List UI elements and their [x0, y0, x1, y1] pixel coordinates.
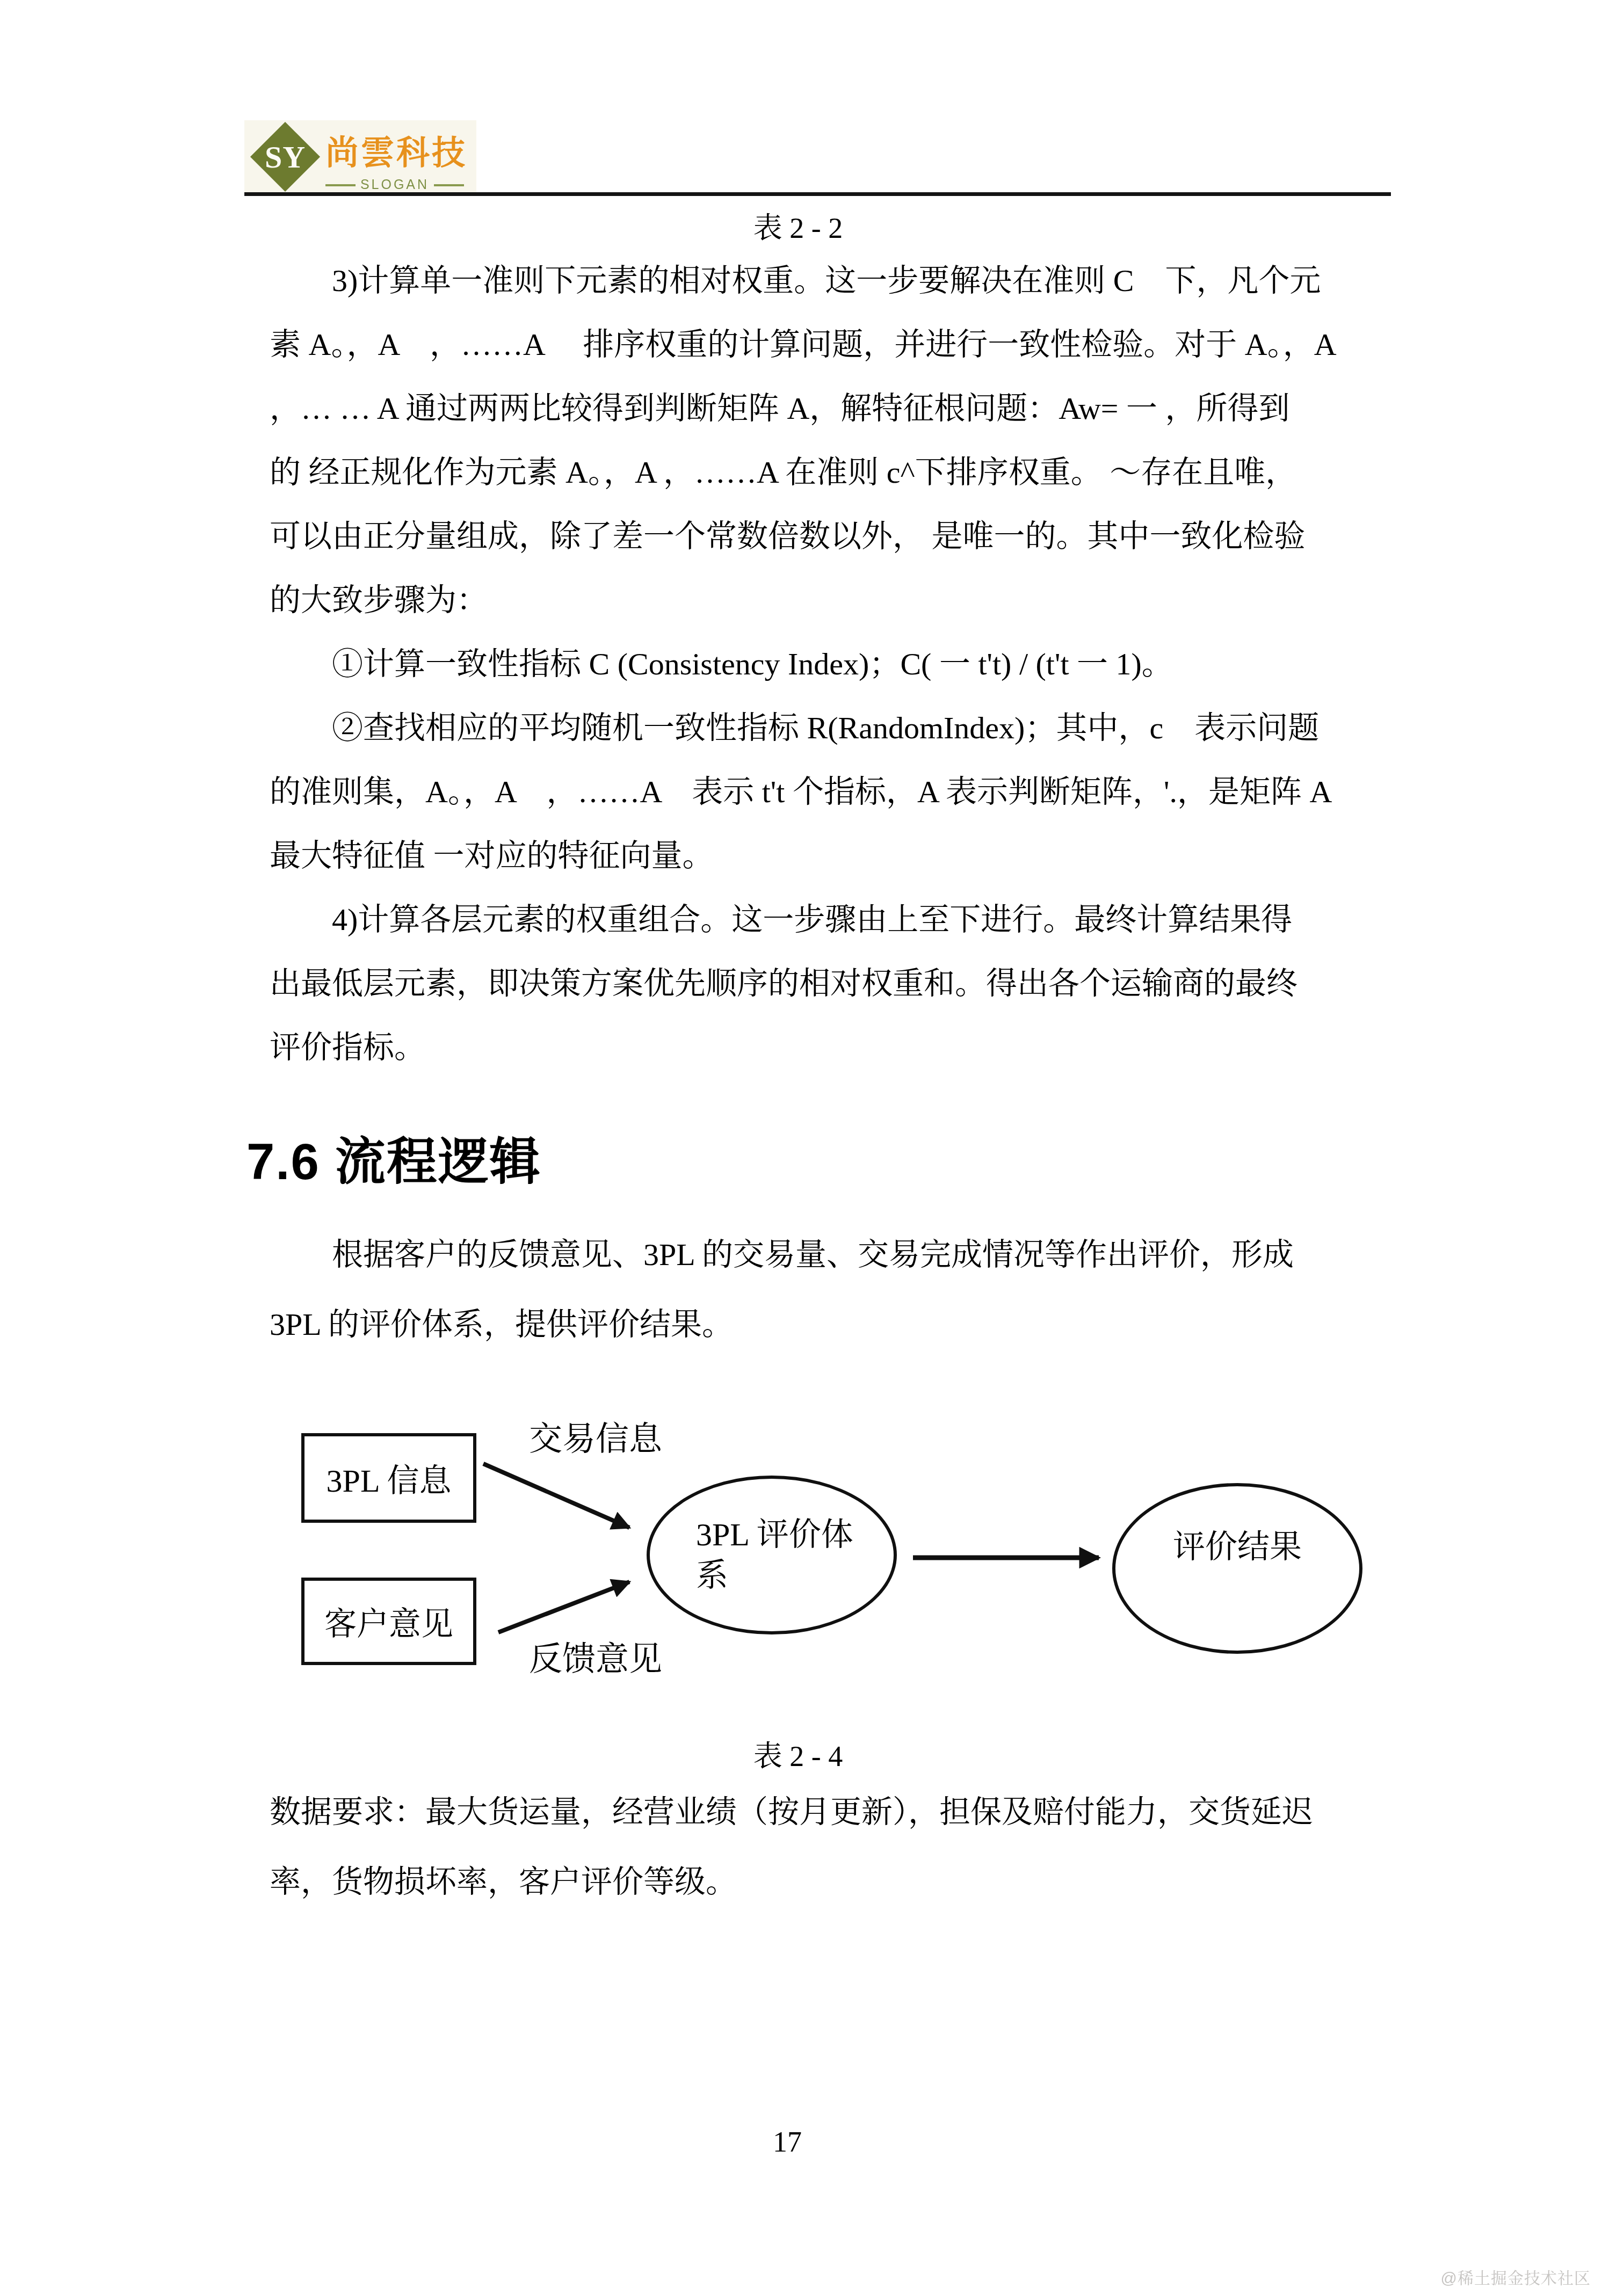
diagram-label-transaction-info: 交易信息: [529, 1421, 662, 1458]
body-text-block: 3)计算单一准则下元素的相对权重。这一步要解决在准则 C 下，凡个元素 A。，A…: [270, 249, 1451, 1079]
logo-slogan-row: SLOGAN: [325, 177, 464, 193]
diagram-box-customer-opinion: 客户意见: [301, 1578, 476, 1665]
text-line: 3PL 的评价体系，提供评价结果。: [270, 1290, 1451, 1360]
text-line: 出最低层元素，即决策方案优先顺序的相对权重和。得出各个运输商的最终: [270, 951, 1451, 1015]
header-divider-line: [244, 192, 1391, 196]
logo-brand-text: 尚雲科技: [325, 131, 467, 176]
diagram-box-customer-opinion-label: 客户意见: [324, 1599, 453, 1645]
slogan-left-dash: [325, 184, 356, 186]
paragraph-item2: ②查找相应的平均随机一致性指标 R(RandomIndex)；其中，c 表示问题…: [270, 696, 1451, 888]
page-number: 17: [744, 2125, 830, 2159]
text-line: 素 A。，A ，……A 排序权重的计算问题，并进行一致性检验。对于 A。，A: [270, 313, 1451, 376]
text-line: 评价指标。: [270, 1015, 1451, 1079]
diagram-box-3pl-info: 3PL 信息: [301, 1433, 476, 1523]
text-line: ①计算一致性指标 C (Consistency Index)；C( 一 t't)…: [270, 632, 1451, 696]
diagram-ellipse-evaluation-result: 评价结果: [1112, 1483, 1362, 1654]
text-line: ②查找相应的平均随机一致性指标 R(RandomIndex)；其中，c 表示问题: [270, 696, 1451, 760]
text-line: ，… … A 通过两两比较得到判断矩阵 A，解特征根问题：Aw= 一 ，所得到: [270, 376, 1451, 440]
text-line: 4)计算各层元素的权重组合。这一步骤由上至下进行。最终计算结果得: [270, 888, 1451, 951]
text-line: 的准则集，A。，A ，……A 表示 t't 个指标，A 表示判断矩阵，'.，是矩…: [270, 760, 1451, 824]
text-line: 数据要求：最大货运量，经营业绩（按月更新），担保及赔付能力，交货延迟: [270, 1777, 1451, 1847]
table-caption-2-4: 表 2 - 4: [610, 1733, 986, 1775]
text-line: 最大特征值 一对应的特征向量。: [270, 824, 1451, 888]
text-line: 率，货物损坏率，客户评价等级。: [270, 1847, 1451, 1917]
section-paragraph: 根据客户的反馈意见、3PL 的交易量、交易完成情况等作出评价，形成3PL 的评价…: [270, 1220, 1451, 1360]
paragraph-step3: 3)计算单一准则下元素的相对权重。这一步要解决在准则 C 下，凡个元素 A。，A…: [270, 249, 1451, 632]
evaluation-result-label: 评价结果: [1173, 1530, 1302, 1564]
logo-monogram: SY: [251, 132, 320, 181]
slogan-right-dash: [434, 184, 464, 186]
data-requirements-paragraph: 数据要求：最大货运量，经营业绩（按月更新），担保及赔付能力，交货延迟率，货物损坏…: [270, 1777, 1451, 1917]
paragraph-item1: ①计算一致性指标 C (Consistency Index)；C( 一 t't)…: [270, 632, 1451, 696]
text-line: 的 经正规化作为元素 A。，A ，……A 在准则 c^下排序权重。 ～存在且唯，: [270, 440, 1451, 504]
diagram-ellipse-evaluation-system: 3PL 评价体 系: [647, 1476, 897, 1634]
document-page: SY 尚雲科技 SLOGAN 表 2 - 2 3)计算单一准则下元素的相对权重。…: [0, 0, 1624, 2296]
arrow-transaction-info: [483, 1464, 629, 1528]
arrow-feedback: [498, 1582, 629, 1632]
diagram-label-feedback: 反馈意见: [529, 1641, 662, 1679]
table-caption-2-2: 表 2 - 2: [610, 205, 986, 246]
logo-slogan-text: SLOGAN: [356, 177, 434, 193]
text-line: 可以由正分量组成，除了差一个常数倍数以外， 是唯一的。其中一致化检验: [270, 504, 1451, 568]
paragraph-step4: 4)计算各层元素的权重组合。这一步骤由上至下进行。最终计算结果得出最低层元素，即…: [270, 888, 1451, 1079]
text-line: 根据客户的反馈意见、3PL 的交易量、交易完成情况等作出评价，形成: [270, 1220, 1451, 1290]
section-heading: 7.6 流程逻辑: [247, 1127, 541, 1197]
text-line: 3)计算单一准则下元素的相对权重。这一步要解决在准则 C 下，凡个元: [270, 249, 1451, 313]
watermark-text: @稀土掘金技术社区: [1423, 2265, 1591, 2288]
diagram-box-3pl-info-label: 3PL 信息: [327, 1455, 452, 1501]
text-line: 的大致步骤为：: [270, 568, 1451, 632]
evaluation-system-label-line2: 系: [696, 1555, 894, 1596]
evaluation-system-label-line1: 3PL 评价体: [696, 1514, 894, 1555]
